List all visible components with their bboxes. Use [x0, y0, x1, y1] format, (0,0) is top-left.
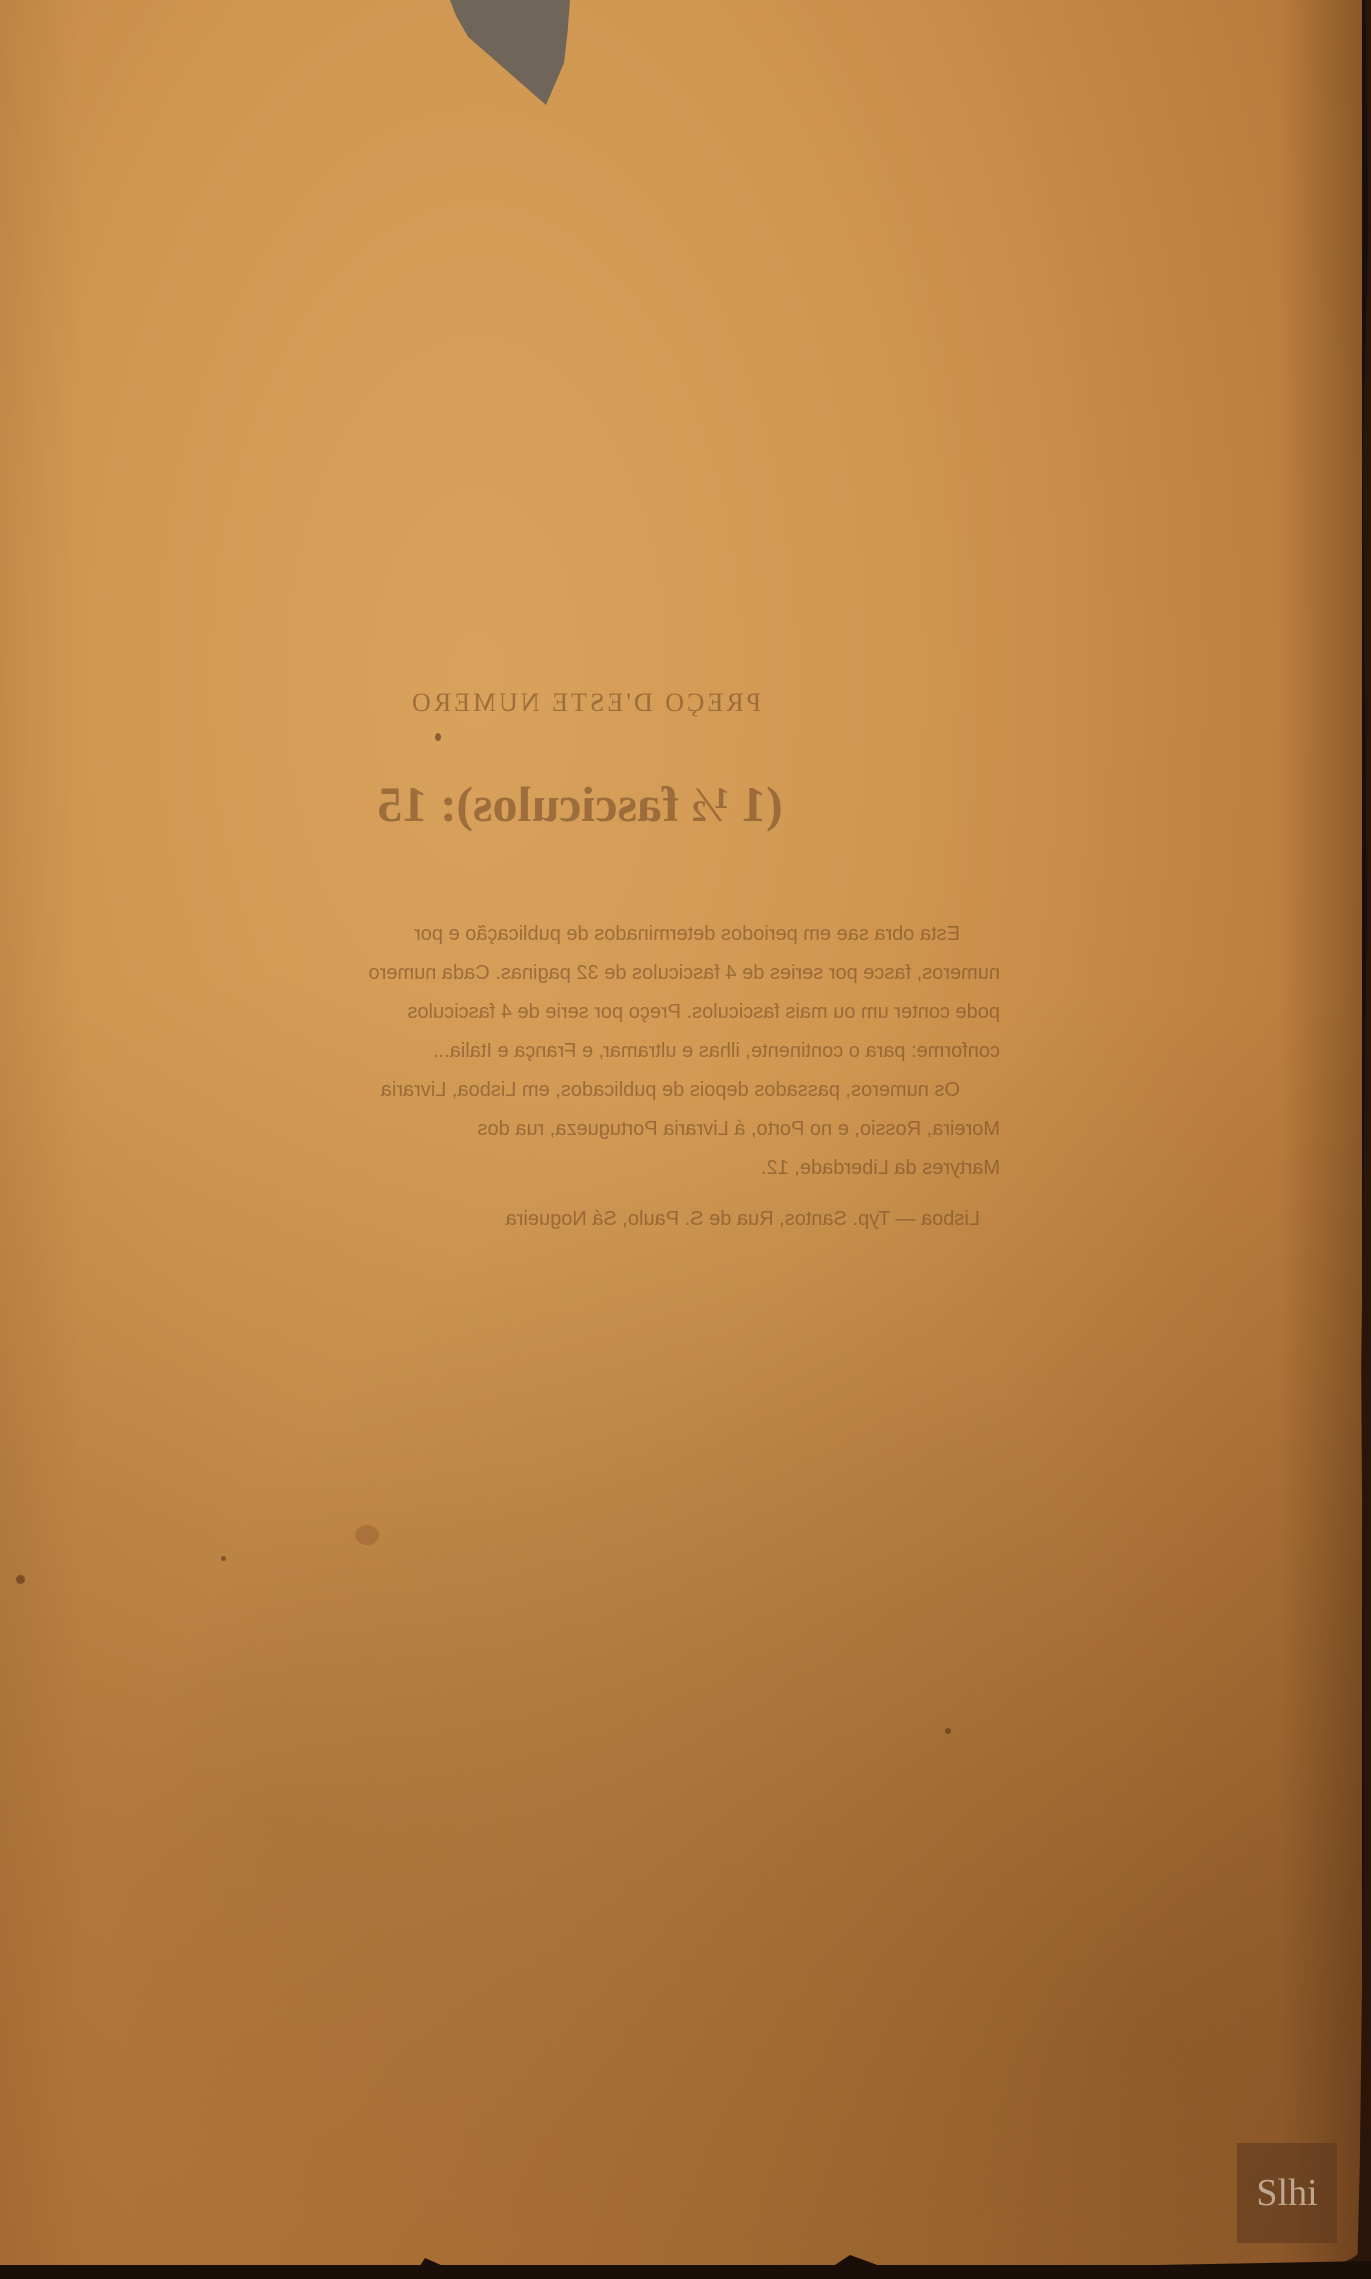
paper-spot — [435, 733, 441, 741]
paragraph-line: Martyres da Liberdade, 12. — [160, 1149, 1000, 1188]
paragraph-line: Esta obra sae em periodos determinados d… — [160, 915, 1000, 954]
paper-spot — [945, 1728, 951, 1734]
price-value: (1 ½ fasciculos): 15 — [290, 775, 870, 833]
paper-spot — [16, 1575, 25, 1584]
paragraph-line: pode conter um ou mais fasciculos. Preço… — [160, 993, 1000, 1032]
watermark-logo: Slhi — [1237, 2143, 1337, 2243]
paragraph-line: numeros, fasce por series de 4 fasciculo… — [160, 954, 1000, 993]
imprint-line: Lisboa — Typ. Santos, Rua de S. Paulo, S… — [200, 1208, 980, 1231]
paper-spot — [355, 1525, 379, 1545]
bleed-paragraph: Esta obra sae em periodos determinados d… — [160, 915, 1000, 1188]
price-heading: PREÇO D'ESTE NUMERO — [345, 688, 825, 718]
paragraph-line: Os numeros, passados depois de publicado… — [160, 1071, 1000, 1110]
paragraph-line: Moreira, Rossio, e no Porto, á Livraria … — [160, 1110, 1000, 1149]
paragraph-line: conforme: para o continente, ilhas e ult… — [160, 1032, 1000, 1071]
paper-spot — [221, 1556, 226, 1561]
